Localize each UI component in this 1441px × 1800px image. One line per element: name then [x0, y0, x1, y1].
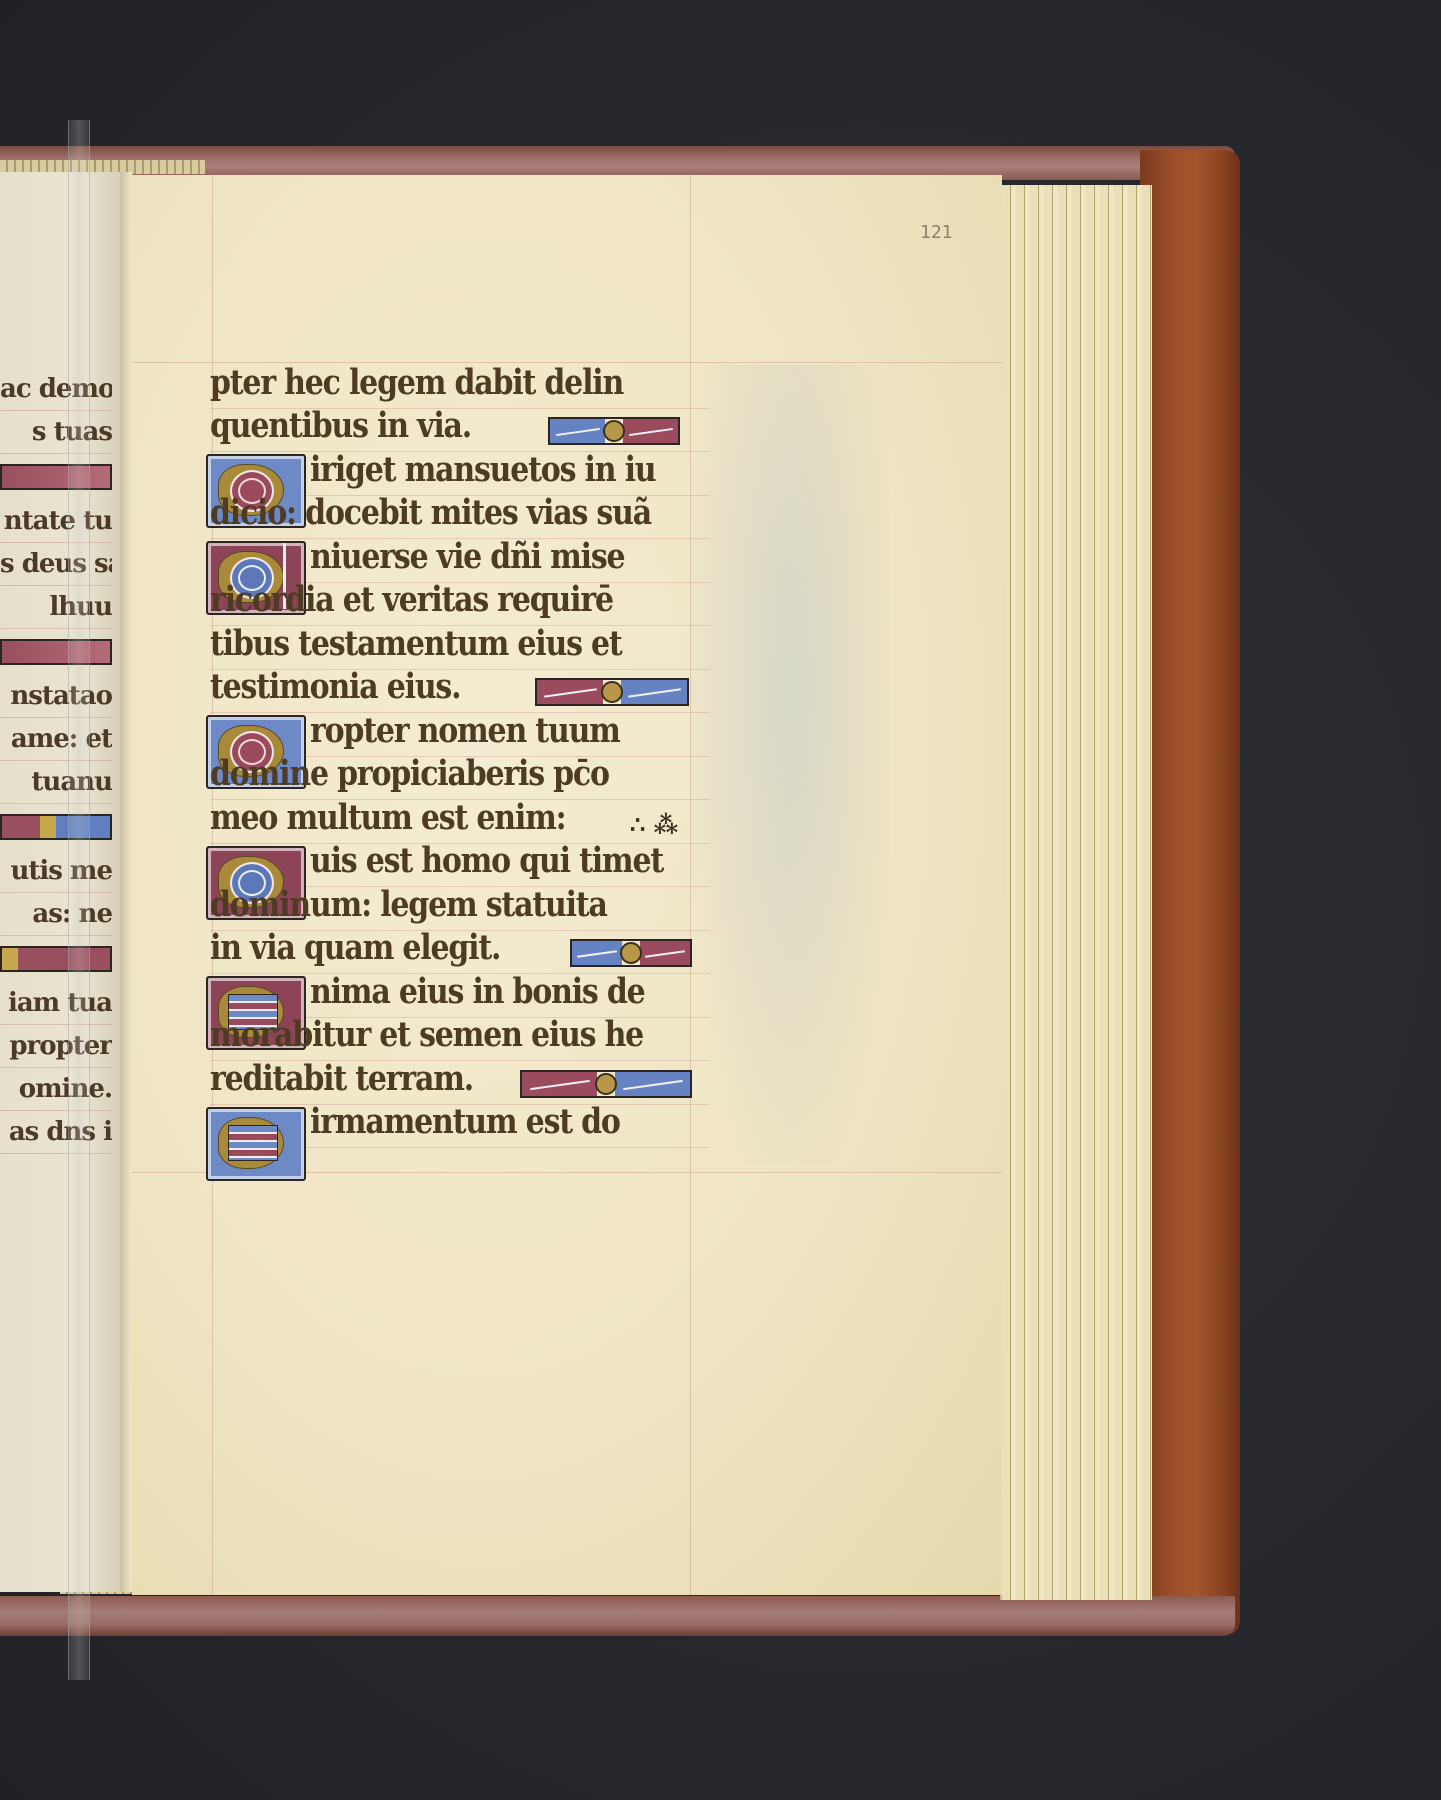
- text-line-2: quentibus in via.: [210, 409, 710, 453]
- line-text: dicio: docebit mites vias suã: [210, 493, 651, 538]
- book-cover-right-edge: [1140, 150, 1240, 1635]
- line-text: morabitur et semen eius he: [210, 1015, 643, 1060]
- line-text: pter hec legem dabit delin: [210, 363, 623, 408]
- text-line-11: meo multum est enim: ∴ ⁂: [210, 800, 710, 844]
- text-line-13: dominum: legem statuita: [210, 887, 710, 931]
- left-text-line: as: ne: [0, 893, 112, 936]
- book-cover-bottom-edge: [0, 1596, 1235, 1636]
- left-text-line: as dns i: [0, 1111, 112, 1154]
- text-line-12: uis est homo qui timet: [210, 844, 710, 888]
- illuminated-initial-f: [206, 1107, 306, 1181]
- left-text-line: omine.: [0, 1068, 112, 1111]
- text-line-14: in via quam elegit.: [210, 931, 710, 975]
- show-through-decoration: [690, 365, 890, 1165]
- line-text: nima eius in bonis de: [310, 972, 645, 1017]
- left-text-line: lhuu: [0, 586, 112, 629]
- left-text-line: utis me: [0, 850, 112, 893]
- line-text: domine propiciaberis pc̄o: [210, 754, 609, 799]
- text-line-6: ricordia et veritas requirē: [210, 583, 710, 627]
- text-line-7: tibus testamentum eius et: [210, 626, 710, 670]
- left-text-line: propter: [0, 1025, 112, 1068]
- left-text-line: ame: et: [0, 718, 112, 761]
- line-filler-blue-red: [548, 417, 680, 445]
- line-text: ricordia et veritas requirē: [210, 580, 613, 625]
- line-text: irmamentum est do: [310, 1102, 620, 1147]
- text-line-3: iriget mansuetos in iu: [210, 452, 710, 496]
- text-line-5: niuerse vie dñi mise: [210, 539, 710, 583]
- page-gutter: [120, 172, 132, 1592]
- left-line-filler: [0, 814, 112, 840]
- line-filler-blue-red: [570, 939, 692, 967]
- left-text-line: ntate tu: [0, 500, 112, 543]
- text-line-15: nima eius in bonis de: [210, 974, 710, 1018]
- glass-page-holder: [68, 120, 90, 1680]
- main-text-block: pter hec legem dabit delin quentibus in …: [210, 365, 710, 1148]
- left-text-line: s tuas: [0, 411, 112, 454]
- left-text-line: nstatao: [0, 675, 112, 718]
- left-text-line: ac demo: [0, 368, 112, 411]
- left-page-text-column: ac demo s tuas ntate tu s deus sal lhuu …: [0, 368, 112, 1154]
- folio-number: 121: [920, 222, 953, 243]
- line-text: iriget mansuetos in iu: [310, 450, 655, 495]
- text-line-16: morabitur et semen eius he: [210, 1018, 710, 1062]
- line-text: testimonia eius.: [210, 667, 460, 712]
- line-text: niuerse vie dñi mise: [310, 537, 624, 582]
- left-line-filler: [0, 639, 112, 665]
- line-text: reditabit terram.: [210, 1059, 473, 1104]
- text-line-18: irmamentum est do: [210, 1105, 710, 1149]
- line-filler-red-blue: [520, 1070, 692, 1098]
- left-line-filler: [0, 464, 112, 490]
- text-line-8: testimonia eius.: [210, 670, 710, 714]
- text-line-1: pter hec legem dabit delin: [210, 365, 710, 409]
- text-line-17: reditabit terram.: [210, 1061, 710, 1105]
- left-line-filler: [0, 946, 112, 972]
- text-line-9: ropter nomen tuum: [210, 713, 710, 757]
- fore-edge-leaves: [1000, 185, 1152, 1600]
- line-text: ropter nomen tuum: [310, 711, 620, 756]
- line-text: tibus testamentum eius et: [210, 624, 622, 669]
- line-text: uis est homo qui timet: [310, 841, 663, 886]
- line-filler-red-blue: [535, 678, 689, 706]
- left-text-line: s deus sal: [0, 543, 112, 586]
- left-text-line: tuanu: [0, 761, 112, 804]
- line-text: dominum: legem statuita: [210, 885, 607, 930]
- text-line-10: domine propiciaberis pc̄o: [210, 757, 710, 801]
- line-text: in via quam elegit.: [210, 928, 500, 973]
- text-line-4: dicio: docebit mites vias suã: [210, 496, 710, 540]
- line-text: meo multum est enim:: [210, 798, 565, 843]
- line-text: quentibus in via.: [210, 406, 471, 451]
- flourish-ornament: ∴ ⁂: [630, 810, 678, 839]
- left-text-line: iam tua: [0, 982, 112, 1025]
